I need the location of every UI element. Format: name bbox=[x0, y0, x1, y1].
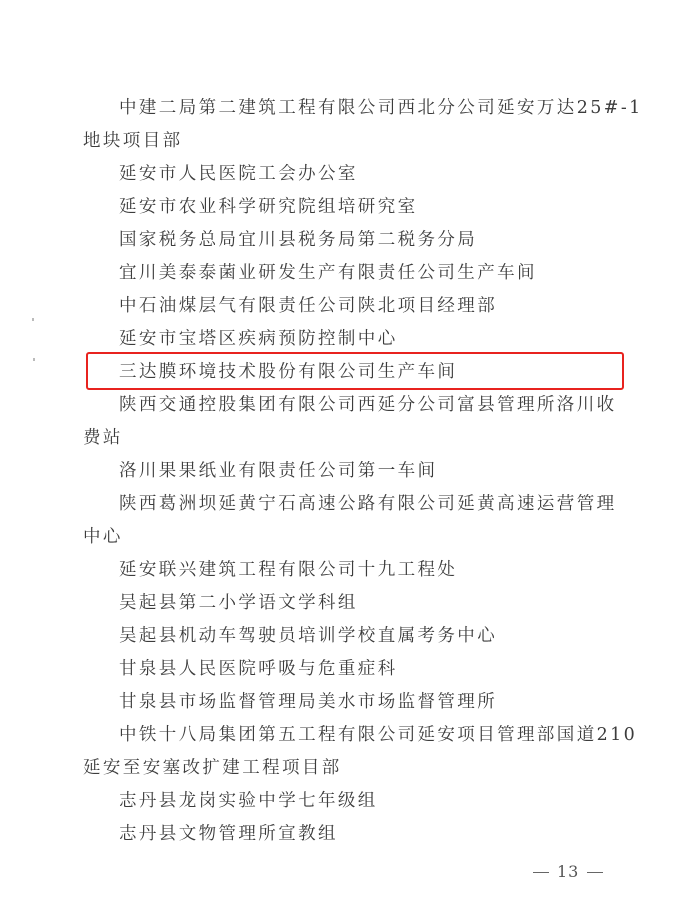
list-item: 中建二局第二建筑工程有限公司西北分公司延安万达25#-1 bbox=[119, 96, 643, 120]
list-item: 陕西交通控股集团有限公司西延分公司富县管理所洛川收 bbox=[119, 393, 617, 417]
list-item-continuation: 延安至安塞改扩建工程项目部 bbox=[83, 756, 342, 780]
list-item: 延安联兴建筑工程有限公司十九工程处 bbox=[119, 558, 457, 582]
list-item: 洛川果果纸业有限责任公司第一车间 bbox=[119, 459, 437, 483]
dash-right bbox=[587, 872, 603, 873]
list-item-continuation: 地块项目部 bbox=[83, 129, 183, 153]
margin-speck bbox=[33, 358, 35, 361]
list-item: 陕西葛洲坝延黄宁石高速公路有限公司延黄高速运营管理 bbox=[119, 492, 617, 516]
highlighted-list-item: 三达膜环境技术股份有限公司生产车间 bbox=[119, 360, 457, 384]
list-item: 吴起县机动车驾驶员培训学校直属考务中心 bbox=[119, 624, 497, 648]
list-item: 宜川美泰泰菌业研发生产有限责任公司生产车间 bbox=[119, 261, 537, 285]
list-item: 中铁十八局集团第五工程有限公司延安项目管理部国道210 bbox=[119, 723, 637, 747]
document-page: 中建二局第二建筑工程有限公司西北分公司延安万达25#-1 地块项目部 延安市人民… bbox=[0, 0, 684, 922]
list-item: 吴起县第二小学语文学科组 bbox=[119, 591, 358, 615]
list-item: 延安市宝塔区疾病预防控制中心 bbox=[119, 327, 398, 351]
margin-speck bbox=[32, 318, 34, 321]
list-item-continuation: 费站 bbox=[83, 426, 123, 450]
page-number: 13 bbox=[525, 862, 611, 881]
list-item: 志丹县龙岗实验中学七年级组 bbox=[119, 789, 378, 813]
list-item-continuation: 中心 bbox=[83, 525, 123, 549]
list-item: 延安市人民医院工会办公室 bbox=[119, 162, 358, 186]
list-item: 志丹县文物管理所宣教组 bbox=[119, 822, 338, 846]
list-item: 甘泉县人民医院呼吸与危重症科 bbox=[119, 657, 398, 681]
list-item: 国家税务总局宜川县税务局第二税务分局 bbox=[119, 228, 477, 252]
dash-left bbox=[533, 872, 549, 873]
page-number-value: 13 bbox=[557, 862, 579, 881]
list-item: 延安市农业科学研究院组培研究室 bbox=[119, 195, 418, 219]
list-item: 甘泉县市场监督管理局美水市场监督管理所 bbox=[119, 690, 497, 714]
list-item: 中石油煤层气有限责任公司陕北项目经理部 bbox=[119, 294, 497, 318]
